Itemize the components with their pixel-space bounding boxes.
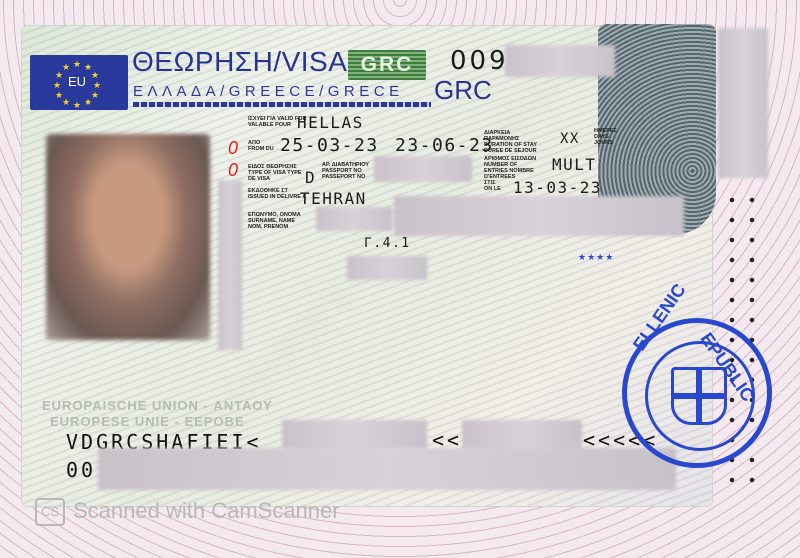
redacted-serial [505, 45, 615, 77]
label-type-of-visa: ΕΙΔΟΣ ΘΕΩΡΗΣΗΣ TYPE OF VISA TYPE DE VISA [248, 164, 308, 182]
redacted-name [394, 196, 684, 236]
value-on: 13-03-23 [513, 178, 602, 197]
camscanner-logo-icon: CS [35, 498, 65, 526]
redacted-surname [316, 207, 392, 231]
label-days: ΗΜΕΡΕΣ DAYS JOURS [594, 128, 616, 146]
serial-number: 009 [450, 46, 509, 76]
eu-flag-icon: ★★★ ★★★ ★★★ ★★★ EU [30, 55, 128, 110]
label-duration: ΔΙΑΡΚΕΙΑ ΠΑΡΑΜΟΝΗΣ DURATION OF STAY DURE… [484, 130, 542, 154]
value-type-of-visa: D [305, 168, 316, 187]
value-valid-for: HELLAS [297, 113, 364, 132]
grc-seal: GRC [348, 50, 426, 80]
red-marker: 0 [228, 160, 238, 181]
eu-label: EU [68, 74, 86, 89]
redacted-mrz [462, 420, 582, 450]
value-remarks: Γ.4.1 [364, 236, 411, 251]
label-from: ΑΠΟ FROM DU [248, 140, 274, 152]
value-duration: XX [560, 131, 580, 147]
redacted-passport-no [374, 156, 472, 182]
greek-crest-icon [671, 367, 727, 425]
redacted-remarks [347, 256, 427, 280]
label-on: ΣΤΙΣ ON LE [484, 180, 502, 192]
mrz-line2-start: 00 [66, 458, 96, 482]
label-surname: ΕΠΩΝΥΜΟ, ΟΝΟΜΑ SURNAME, NAME NOM, PRENOM [248, 212, 308, 230]
country-line: ΕΛΛΑΔΑ/GREECE/GRECE [133, 83, 404, 100]
redacted-mrz-line2 [98, 448, 676, 490]
stars-decoration: ★★★★ [578, 252, 614, 263]
label-passport-no: ΑΡ. ΔΙΑΒΑΤΗΡΙΟΥ PASSPORT No PASSEPORT No [322, 162, 382, 180]
red-marker: 0 [228, 138, 238, 159]
camscanner-watermark: CSScanned with CamScanner [35, 498, 340, 526]
embassy-stamp: ELLENIC EPUBLIC [622, 318, 772, 468]
visa-title: ΘΕΩΡΗΣΗ/VISA [132, 46, 347, 78]
redacted-edge [718, 28, 768, 178]
background-text: EUROPESE UNIE - EEPOBE [50, 414, 245, 429]
value-from: 25-03-23 [280, 135, 379, 156]
watermark-text: Scanned with CamScanner [73, 498, 340, 523]
label-entries: ΑΡΙΘΜΟΣ ΕΙΣΟΔΩΝ NUMBER OF ENTRIES NOMBRE… [484, 156, 542, 180]
microprint-line [133, 102, 431, 107]
redacted-strip [218, 180, 242, 350]
value-until: 23-06-23 [395, 135, 494, 156]
background-text: EUROPAISCHE UNION - ΑΝΤΑΟΥ [42, 398, 273, 413]
value-issued-in: TEHRAN [300, 189, 367, 208]
value-entries: MULT [552, 155, 597, 174]
label-issued-in: ΕΚΔΟΘΗΚΕ ΣΤ ISSUED IN DELIVRE A [248, 188, 308, 200]
redacted-mrz [282, 420, 427, 450]
country-code: GRC [434, 75, 492, 106]
holder-photo [46, 134, 210, 340]
